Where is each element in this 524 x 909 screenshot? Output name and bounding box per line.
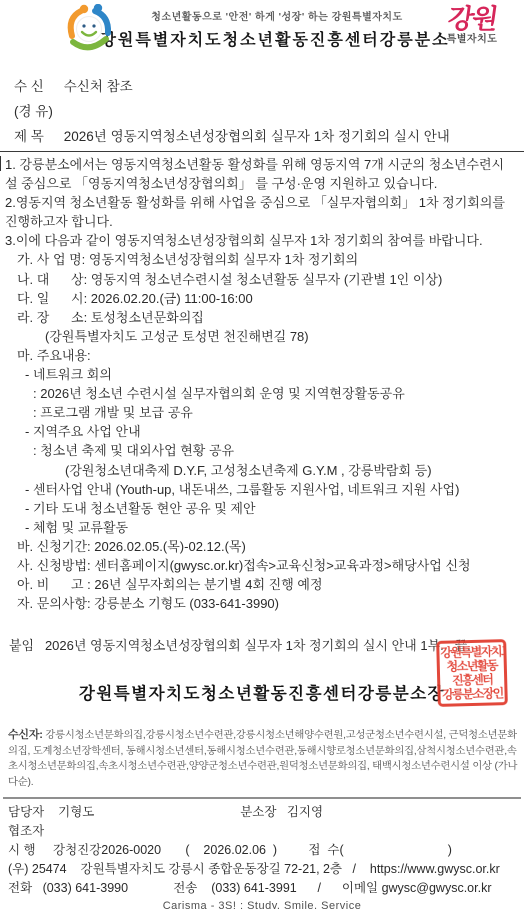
- gangwon-province-logo: 강원 특별자치도: [432, 6, 512, 45]
- body-line: 사. 신청방법: 센터홈페이지(gwysc.or.kr)접속>교육신청>교육과정…: [5, 556, 518, 575]
- footer-cooperator-row: 협조자: [8, 822, 516, 841]
- body-line: 설 중심으로 「영동지역청소년성장협의회」 를 구성·운영 지원하고 있습니다.: [5, 174, 518, 193]
- body-line: 자. 문의사항: 강릉분소 기형도 (033-641-3990): [5, 594, 518, 613]
- recipient-row: 수 신 수신처 참조: [14, 74, 514, 99]
- official-document-page: 청소년활동으로 '안전' 하게 '성장' 하는 강원특별자치도 강원특별자치도청…: [0, 0, 524, 909]
- body-line: - 기타 도내 청소년활동 현안 공유 및 제안: [5, 499, 518, 518]
- body-line: 다. 일 시: 2026.02.20.(금) 11:00-16:00: [5, 289, 518, 308]
- document-footer: 담당자 기형도 분소장 김지영 협조자 시 행 강청진강2026-0020 ( …: [0, 799, 524, 909]
- footer-enforce-row: 시 행 강청진강2026-0020 ( 2026.02.06 ) 접 수( ): [8, 841, 516, 860]
- recipient-value: 수신처 참조: [64, 79, 133, 94]
- subject-label: 제 목: [14, 124, 60, 149]
- body-line: 2.영동지역 청소년활동 활성화를 위해 사업을 중심으로 「실무자협의회」 1…: [5, 193, 518, 212]
- body-line: 아. 비 고 : 26년 실무자회의는 분기별 4회 진행 예정: [5, 575, 518, 594]
- body-line: - 네트워크 회의: [5, 365, 518, 384]
- body-line: : 프로그램 개발 및 보급 공유: [5, 403, 518, 422]
- footer-slogan: Carisma - 3S! : Study, Smile, Service: [8, 900, 516, 909]
- footer-manager-row: 담당자 기형도 분소장 김지영: [8, 803, 516, 822]
- via-label: (경 유): [14, 104, 53, 119]
- footer-contact-row: 전화 (033) 641-3990 전송 (033) 641-3991 / 이메…: [8, 879, 516, 898]
- recipients-footnote: 수신자: 강릉시청소년문화의집,강릉시청소년수련관,강릉시청소년해양수련원,고성…: [0, 728, 524, 790]
- body-line: (강원특별자치도 고성군 토성면 천진해변길 78): [5, 327, 518, 346]
- signer-row: 강원특별자치도청소년활동진흥센터강릉분소장 강원특별자치도 청소년활동 진흥센터…: [0, 680, 524, 708]
- body-left-tick: [0, 156, 1, 171]
- youth-center-logo-icon: [62, 4, 116, 54]
- gangwon-logo-subtext: 특별자치도: [432, 35, 512, 45]
- document-body: 1. 강릉분소에서는 영동지역청소년활동 활성화를 위해 영동지역 7개 시군의…: [0, 152, 524, 613]
- body-line: 바. 신청기간: 2026.02.05.(목)-02.12.(목): [5, 537, 518, 556]
- body-line: 마. 주요내용:: [5, 346, 518, 365]
- body-line: 라. 장 소: 토성청소년문화의집: [5, 308, 518, 327]
- recipients-label: 수신자:: [8, 729, 43, 741]
- document-header: 청소년활동으로 '안전' 하게 '성장' 하는 강원특별자치도 강원특별자치도청…: [0, 0, 524, 64]
- body-line: : 청소년 축제 및 대외사업 현황 공유: [5, 441, 518, 460]
- body-line: (강원청소년대축제 D.Y.F, 고성청소년축제 G.Y.M , 강릉박람회 등…: [5, 461, 518, 480]
- subject-row: 제 목 2026년 영동지역청소년성장협의회 실무자 1차 정기회의 실시 안내: [14, 124, 514, 149]
- recipients-list: 강릉시청소년문화의집,강릉시청소년수련관,강릉시청소년해양수련원,고성군청소년수…: [8, 730, 517, 788]
- body-line: 진행하고자 합니다.: [5, 212, 518, 231]
- body-line: 가. 사 업 명: 영동지역청소년성장협의회 실무자 1차 정기회의: [5, 250, 518, 269]
- gangwon-logo-text: 강원: [446, 6, 498, 33]
- recipient-label: 수 신: [14, 74, 60, 99]
- body-line: 1. 강릉분소에서는 영동지역청소년활동 활성화를 위해 영동지역 7개 시군의…: [5, 155, 518, 174]
- body-line: 3.이에 다음과 같이 영동지역청소년성장협의회 실무자 1차 정기회의 참여를…: [5, 231, 518, 250]
- body-line: - 체험 및 교류활동: [5, 518, 518, 537]
- seal-text-line: 청소년활동: [441, 658, 503, 674]
- body-line: 나. 대 상: 영동지역 청소년수련시설 청소년활동 실무자 (기관별 1인 이…: [5, 270, 518, 289]
- seal-text-line: 강릉분소장인: [441, 686, 503, 702]
- body-line: : 2026년 청소년 수련시설 실무자협의회 운영 및 지역현장활동공유: [5, 384, 518, 403]
- subject-value: 2026년 영동지역청소년성장협의회 실무자 1차 정기회의 실시 안내: [64, 129, 450, 144]
- document-meta: 수 신 수신처 참조 (경 유) 제 목 2026년 영동지역청소년성장협의회 …: [0, 64, 524, 149]
- footer-address-row: (우) 25474 강원특별자치도 강릉시 종합운동장길 72-21, 2층 /…: [8, 860, 516, 879]
- via-row: (경 유): [14, 99, 514, 124]
- body-line: - 지역주요 사업 안내: [5, 422, 518, 441]
- body-line: - 센터사업 안내 (Youth-up, 내돈내쓰, 그룹활동 지원사업, 네트…: [5, 480, 518, 499]
- official-seal-stamp-icon: 강원특별자치도 청소년활동 진흥센터 강릉분소장인: [436, 639, 508, 707]
